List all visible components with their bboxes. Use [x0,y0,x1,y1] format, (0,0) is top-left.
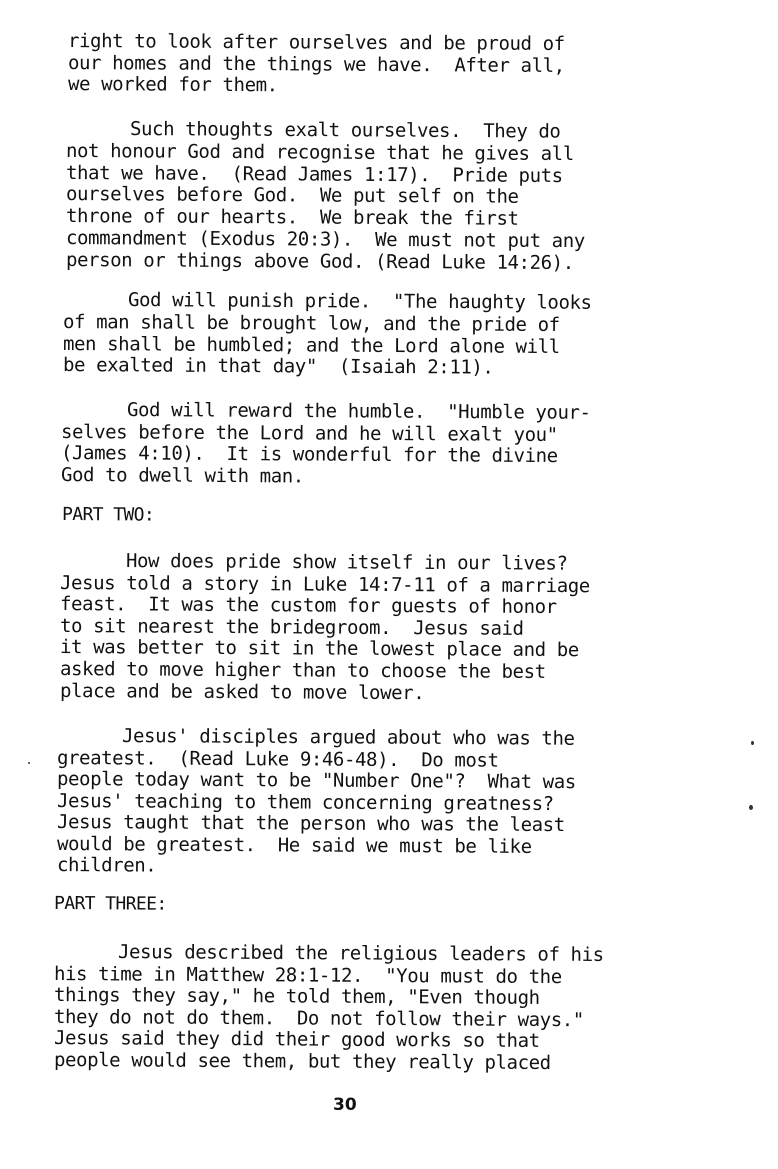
paragraph-line: God will punish pride. "The haughty look… [128,289,592,314]
paragraph-line: people would see them, but they really p… [54,1049,551,1074]
paragraph-line: God to dwell with man. [61,464,304,487]
paragraph-line: asked to move higher than to choose the … [60,658,546,683]
paragraph-line: feast. It was the custom for guests of h… [60,593,557,618]
paragraph-line: Jesus said they did their good works so … [54,1027,540,1052]
document-page: right to look after ourselves and be pro… [0,0,778,1169]
paragraph-line: not honour God and recognise that he giv… [66,140,574,165]
paragraph-line: place and be asked to move lower. [60,680,424,704]
paragraph-line: people today want to be "Number One"? Wh… [57,768,576,793]
paragraph-line: Jesus taught that the person who was the… [57,811,565,836]
paragraph-line: commandment (Exodus 20:3). We must not p… [66,227,585,252]
paragraph-line: right to look after ourselves and be pro… [68,30,565,55]
paragraph-line: be exalted in that day" (Isaiah 2:11). [63,354,494,379]
page-number: 30 [333,1095,357,1115]
paragraph-line: (James 4:10). It is wonderful for the di… [61,442,558,467]
paragraph-line: throne of our hearts. We break the first [66,205,519,230]
paragraph-line: children. [57,854,156,877]
paragraph-line: How does pride show itself in our lives? [126,550,568,575]
paragraph-line: God will reward the humble. "Humble your… [127,399,591,424]
scan-speck [749,805,753,810]
scan-speck [28,762,30,764]
scan-speck [751,741,754,745]
paragraph-line: Jesus described the religious leaders of… [118,941,604,966]
paragraph-line: it was better to sit in the lowest place… [60,636,579,661]
paragraph-line: Such thoughts exalt ourselves. They do [130,118,561,143]
section-heading: PART TWO: [62,504,154,527]
paragraph-line: we worked for them. [68,73,278,96]
paragraph-line: Jesus' disciples argued about who was th… [122,725,575,750]
section-heading: PART THREE: [54,893,167,916]
paragraph-line: of man shall be brought low, and the pri… [63,311,560,336]
paragraph-line: ourselves before God. We put self on the [66,183,519,208]
paragraph-line: things they say," he told them, "Even th… [54,984,540,1009]
paragraph-line: person or things above God. (Read Luke 1… [66,249,574,274]
